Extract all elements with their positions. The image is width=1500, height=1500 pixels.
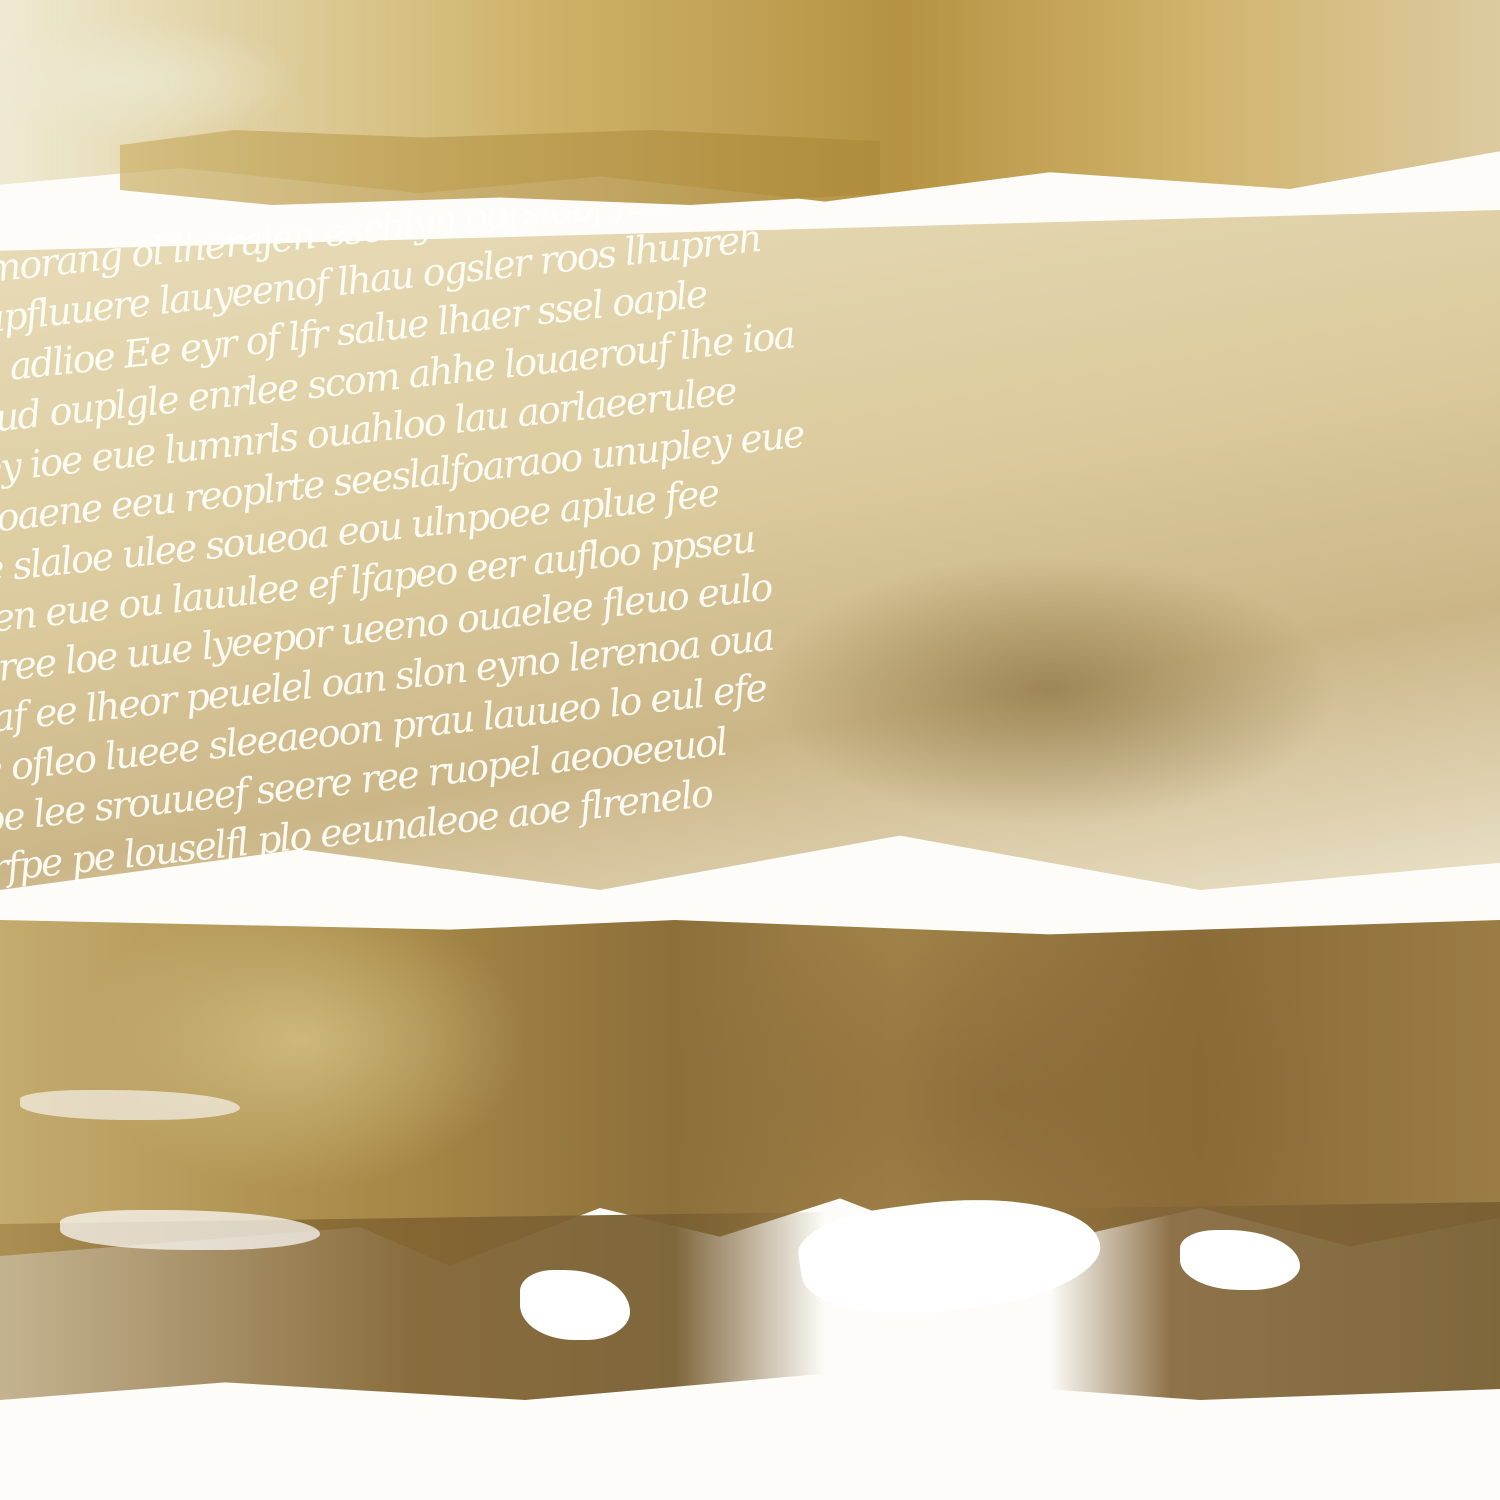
asemic-handwriting: Amorang ol lherajen eschlyn oorsloof fud…	[0, 210, 1500, 890]
artwork-canvas: Amorang ol lherajen eschlyn oorsloof fud…	[0, 0, 1500, 1500]
gold-leaf-top-stroke	[120, 130, 880, 205]
